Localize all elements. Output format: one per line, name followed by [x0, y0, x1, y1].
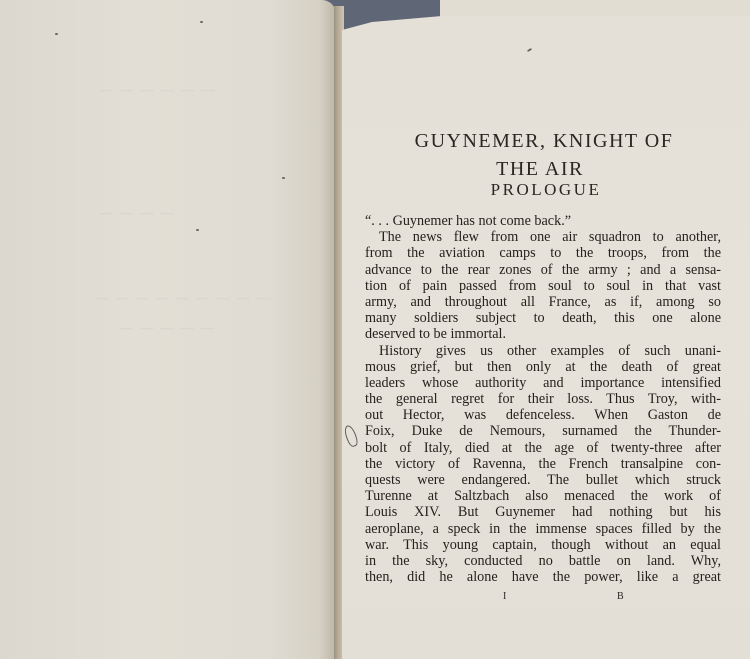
text-line: from the aviation camps to the troops, f…	[365, 245, 721, 261]
text-line: then, did he alone have the power, like …	[365, 569, 721, 585]
text-line: Louis XIV. But Guynemer had nothing but …	[365, 504, 721, 520]
paper-speck	[55, 33, 58, 35]
right-page: GUYNEMER, KNIGHT OF THE AIR PROLOGUE “. …	[342, 16, 750, 659]
text-line: “. . . Guynemer has not come back.”	[365, 213, 721, 229]
paper-speck	[200, 21, 203, 23]
show-through-text: — — — — — —	[100, 82, 216, 98]
text-line: many soldiers subject to death, this one…	[365, 310, 721, 326]
paper-speck	[527, 48, 532, 52]
left-page: — — — — — — — — — — — — — — — — — — — — …	[0, 0, 336, 659]
paper-speck	[282, 177, 285, 179]
text-line: leaders whose authority and importance i…	[365, 375, 721, 391]
text-line: Foix, Duke de Nemours, surnamed the Thun…	[365, 423, 721, 439]
show-through-text: — — — — — — — — —	[95, 290, 272, 306]
text-line: History gives us other examples of such …	[365, 343, 721, 359]
page-number: I	[503, 591, 506, 602]
text-line: The news flew from one air squadron to a…	[365, 229, 721, 245]
text-line: army, and throughout all France, as if, …	[365, 294, 721, 310]
text-line: tion of pain passed from soul to soul in…	[365, 278, 721, 294]
text-line: out Hector, was defenceless. When Gaston…	[365, 407, 721, 423]
chapter-title-line1: GUYNEMER, KNIGHT OF	[340, 130, 748, 153]
text-line: in the sky, conducted no battle on land.…	[365, 553, 721, 569]
section-heading: PROLOGUE	[342, 180, 750, 200]
body-text: “. . . Guynemer has not come back.” The …	[365, 213, 721, 585]
text-line: aeroplane, a speck in the immense spaces…	[365, 521, 721, 537]
text-line: war. This young captain, though without …	[365, 537, 721, 553]
paper-speck	[196, 229, 199, 231]
text-line: mous grief, but then only at the death o…	[365, 359, 721, 375]
text-line: Turenne at Saltzbach also menaced the wo…	[365, 488, 721, 504]
page-top-edge	[440, 0, 750, 17]
signature-mark: B	[617, 591, 624, 602]
text-line: advance to the rear zones of the army ; …	[365, 262, 721, 278]
show-through-text: — — — —	[100, 205, 176, 221]
show-through-text: — — — — —	[120, 320, 216, 336]
text-line: bolt of Italy, died at the age of twenty…	[365, 440, 721, 456]
text-line: deserved to be immortal.	[365, 326, 721, 342]
chapter-title-line2: THE AIR	[336, 158, 744, 181]
text-line: the general regret for their loss. Thus …	[365, 391, 721, 407]
text-line: quests were endangered. The bullet which…	[365, 472, 721, 488]
text-line: the victory of Ravenna, the French trans…	[365, 456, 721, 472]
